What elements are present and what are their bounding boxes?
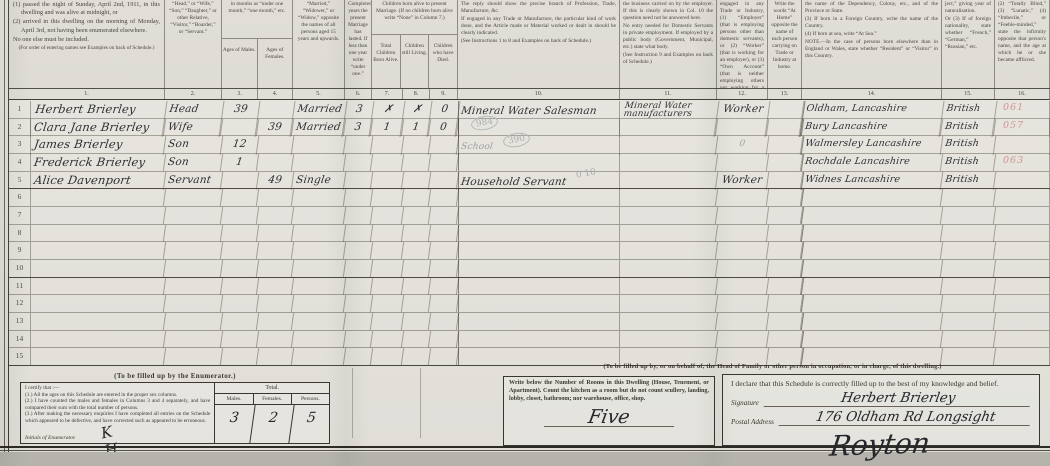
- table-row: 11: [9, 278, 1050, 296]
- cell-at-home: [767, 331, 803, 348]
- cell-name: [30, 242, 166, 259]
- cell-industry: [619, 136, 719, 155]
- cell-marriage: [292, 207, 346, 224]
- header-text: the business carried on by the employer.…: [623, 1, 713, 22]
- cell-at-home: [767, 242, 803, 259]
- table-row: 13: [9, 313, 1050, 331]
- header-text: (2) “Totally Blind,” (3) “Lunatic,” (4) …: [998, 1, 1046, 64]
- cell-at-home: [767, 295, 803, 312]
- cell-children-died: [429, 295, 459, 312]
- table-row: 2Clara Jane BrierleyWife39Married3110Bur…: [9, 119, 1050, 137]
- cell-years-married: [344, 242, 373, 259]
- cell-no: 7: [9, 207, 31, 224]
- cell-industry: [619, 154, 718, 171]
- header-text: “Head,” or “Wife,” “Son,” “Daughter,” or…: [168, 1, 218, 36]
- cell-nationality: [941, 207, 996, 224]
- column-number: 7.: [372, 89, 403, 99]
- cell-nationality: British: [941, 119, 996, 136]
- header-text: the name of the Dependency, Colony, etc.…: [805, 1, 938, 15]
- cell-industry: [619, 189, 718, 206]
- column-number: 11.: [620, 89, 717, 99]
- header-text: (See Instruction 9 and Examples on back …: [623, 52, 713, 66]
- cell-at-home: [767, 136, 804, 155]
- cell-age-m: [221, 189, 259, 206]
- cell-at-home: [767, 154, 803, 171]
- cell-birthplace: Widnes Lancashire: [801, 172, 944, 190]
- cell-red-code: 063: [995, 154, 1050, 171]
- cell-red-code: [995, 331, 1050, 348]
- header-text: in months as “under one month,” “one mon…: [222, 0, 292, 39]
- cell-industry: [619, 313, 718, 330]
- cell-at-home: [767, 207, 803, 224]
- persons-total-handwriting: 5: [289, 405, 332, 443]
- header-children-living: Children still Living.: [401, 35, 430, 88]
- cell-children-died: [429, 278, 459, 295]
- cell-red-code: [995, 260, 1050, 277]
- header-text: (3) If born in a Foreign Country, write …: [805, 16, 938, 30]
- cell-age-f: 39: [257, 119, 294, 136]
- header-text: in months as “under one month,” “one mon…: [225, 1, 289, 15]
- column-number: 9.: [430, 89, 458, 99]
- cell-children-born: [371, 136, 405, 155]
- cell-children-born: [371, 172, 405, 190]
- cell-industry: [619, 331, 718, 348]
- cell-age-f: [257, 136, 295, 155]
- address-label: Postal Address: [731, 418, 774, 426]
- column-number: 14.: [802, 89, 942, 99]
- cell-occupation: [458, 207, 620, 224]
- column-number: 13.: [768, 89, 802, 99]
- cell-children-living: [402, 278, 431, 295]
- cell-industry: [619, 260, 718, 277]
- table-row: 12: [9, 295, 1050, 313]
- cell-occupation: School390: [458, 136, 620, 155]
- table-row: 4Frederick BrierleySon1Rochdale Lancashi…: [9, 154, 1050, 172]
- cell-occupation: [458, 313, 620, 330]
- header-text: (See Instructions 1 to 8 and Examples on…: [461, 38, 616, 45]
- cell-no: 2: [9, 119, 31, 136]
- cell-at-home: [767, 189, 803, 206]
- divider-line: [420, 368, 421, 438]
- cell-red-code: [995, 313, 1050, 330]
- header-col-instructions: (1) passed the night of Sunday, April 2n…: [9, 0, 165, 88]
- cell-relationship: [164, 225, 223, 242]
- cell-years-married: [344, 348, 373, 365]
- cell-age-f: [257, 260, 294, 277]
- cell-red-code: [995, 172, 1050, 190]
- cell-marriage: [292, 278, 346, 295]
- cell-age-f: [257, 225, 294, 242]
- header-col-employer: engaged in any Trade or Industry, (1) “E…: [717, 0, 768, 88]
- cell-age-f: [257, 207, 294, 224]
- cell-occupation: [458, 295, 620, 312]
- header-col-birthplace: the name of the Dependency, Colony, etc.…: [802, 0, 942, 88]
- cell-age-m: [221, 313, 259, 330]
- cell-industry: [619, 172, 719, 190]
- cell-years-married: [344, 260, 373, 277]
- cell-marriage: [292, 136, 347, 155]
- cell-nationality: British: [941, 136, 997, 155]
- cell-children-died: [429, 225, 459, 242]
- cell-birthplace: [801, 295, 943, 312]
- header-text: Children born alive to present Marriage.…: [372, 0, 457, 35]
- header-ages-males: Ages of Males.: [222, 39, 258, 88]
- column-number: 3.: [222, 89, 258, 99]
- cell-nationality: [941, 313, 996, 330]
- cell-years-married: [344, 154, 373, 171]
- left-border-outer: [4, 0, 5, 452]
- cell-occupation: Household Servant0 10: [458, 172, 620, 190]
- header-col-relationship: “Head,” or “Wife,” “Son,” “Daughter,” or…: [165, 0, 222, 88]
- cell-red-code: [995, 242, 1050, 259]
- cell-name: [30, 225, 166, 242]
- cell-no: 8: [9, 225, 31, 242]
- header-text: Completed years the present Marriage has…: [348, 1, 368, 78]
- cell-red-code: [995, 207, 1050, 224]
- header-text: (1) passed the night of Sunday, April 2n…: [13, 1, 160, 17]
- persons-label: Persons.: [292, 394, 329, 404]
- cell-birthplace: [801, 313, 943, 330]
- cell-marriage: [292, 331, 346, 348]
- initials-row: Initials of Enumerator. K H: [25, 435, 76, 441]
- cell-children-born: [371, 207, 404, 224]
- cell-red-code: [995, 225, 1050, 242]
- cell-occupation: [458, 278, 620, 295]
- cell-employer: Worker: [716, 172, 770, 190]
- cell-children-living: [402, 313, 431, 330]
- column-number: 2.: [165, 89, 222, 99]
- divider-line: [352, 368, 353, 438]
- rooms-instructions: Write below the Number of Rooms in this …: [509, 380, 709, 404]
- header-col-nationality: ject,” giving year of naturalisation. Or…: [942, 0, 995, 88]
- column-number: 15.: [942, 89, 995, 99]
- header-col-industry: the business carried on by the employer.…: [620, 0, 717, 88]
- cell-children-born: [371, 225, 404, 242]
- cell-age-f: [257, 295, 294, 312]
- cell-name: [30, 313, 166, 330]
- cell-relationship: [164, 207, 223, 224]
- table-row: 9: [9, 242, 1050, 260]
- table-row: 5Alice DavenportServant49SingleHousehold…: [9, 172, 1050, 190]
- cell-employer: [716, 225, 769, 242]
- cell-employer: [716, 242, 769, 259]
- cell-no: 15: [9, 348, 31, 365]
- header-text: Children born alive to present Marriage.…: [375, 1, 454, 22]
- cell-employer: [716, 331, 769, 348]
- cell-name: [30, 348, 166, 365]
- header-text: ject,” giving year of naturalisation.: [945, 1, 991, 15]
- cell-children-died: [429, 313, 459, 330]
- cell-children-born: [371, 189, 404, 206]
- certify-item: (2.) I have counted the males and female…: [25, 398, 210, 411]
- cell-birthplace: [801, 331, 943, 348]
- cell-red-code: [995, 136, 1050, 155]
- header-text: Write the words “At Home” opposite the n…: [771, 1, 798, 71]
- cell-relationship: [164, 260, 223, 277]
- cell-at-home: [767, 313, 803, 330]
- cell-occupation: [458, 189, 620, 206]
- header-text: No entry needed for Domestic Servants in…: [623, 23, 713, 51]
- cell-age-f: 49: [257, 172, 295, 190]
- cell-nationality: [941, 331, 996, 348]
- cell-years-married: [344, 313, 373, 330]
- cell-industry: [619, 207, 718, 224]
- cell-no: 10: [9, 260, 31, 277]
- cell-name: Clara Jane Brierley: [30, 119, 166, 136]
- totals-header: Total.: [215, 383, 329, 394]
- cell-age-m: [221, 278, 259, 295]
- header-col-years-married: Completed years the present Marriage has…: [345, 0, 372, 88]
- cell-age-m: [221, 242, 259, 259]
- cell-name: [30, 295, 166, 312]
- cell-relationship: Servant: [164, 172, 224, 190]
- head-section-title: (To be filled up by, or on behalf of, th…: [505, 363, 1040, 370]
- cell-years-married: [344, 207, 373, 224]
- cell-birthplace: [801, 207, 943, 224]
- cell-name: Frederick Brierley: [30, 154, 166, 171]
- cell-nationality: [941, 295, 996, 312]
- cell-children-born: [371, 260, 404, 277]
- cell-children-born: [371, 154, 404, 171]
- cell-age-m: [221, 207, 259, 224]
- cell-marriage: [292, 313, 346, 330]
- cell-name: [30, 260, 166, 277]
- header-text: If engaged in any Trade or Manufacture, …: [461, 16, 616, 37]
- header-ages-females: Ages of Females.: [258, 39, 293, 88]
- cell-age-f: [257, 348, 294, 365]
- cell-relationship: Son: [164, 136, 224, 155]
- cell-age-m: [221, 225, 259, 242]
- cell-at-home: [767, 225, 803, 242]
- cell-occupation: [458, 225, 620, 242]
- table-row: 1Herbert BrierleyHead39Married3✗✗0Minera…: [9, 101, 1050, 119]
- cell-age-f: [257, 242, 294, 259]
- cell-employer: [716, 278, 769, 295]
- cell-years-married: [344, 225, 373, 242]
- cell-children-born: [371, 313, 404, 330]
- cell-marriage: [292, 295, 346, 312]
- cell-red-code: [995, 295, 1050, 312]
- header-children-subcolumns: Total Children Born Alive. Children stil…: [372, 35, 457, 88]
- cell-age-m: [221, 348, 259, 365]
- table-row: 6: [9, 189, 1050, 207]
- column-number: 4.: [258, 89, 293, 99]
- table-row: 10: [9, 260, 1050, 278]
- cell-children-born: [371, 331, 404, 348]
- cell-years-married: [344, 136, 374, 155]
- cell-nationality: [941, 189, 996, 206]
- cell-children-died: [429, 242, 459, 259]
- cell-age-f: [257, 278, 294, 295]
- initials-label: Initials of Enumerator.: [25, 435, 76, 441]
- cell-children-living: [402, 260, 431, 277]
- cell-children-living: [402, 172, 432, 190]
- cell-children-living: [402, 331, 431, 348]
- cell-birthplace: [801, 242, 943, 259]
- column-number-strip: 1.2.3.4.5.6.7.8.9.10.11.12.13.14.15.16.: [9, 88, 1050, 100]
- header-text: (For order of entering names see Example…: [13, 45, 160, 52]
- header-col-infirmity: (2) “Totally Blind,” (3) “Lunatic,” (4) …: [995, 0, 1050, 88]
- table-body: 1Herbert BrierleyHead39Married3✗✗0Minera…: [9, 101, 1050, 366]
- cell-age-m: [221, 260, 259, 277]
- census-schedule-scan: (1) passed the night of Sunday, April 2n…: [0, 0, 1050, 466]
- header-col-occupation: The reply should show the precise branch…: [458, 0, 620, 88]
- cell-marriage: [292, 154, 346, 171]
- cell-nationality: British: [941, 172, 997, 190]
- cell-children-born: [371, 348, 404, 365]
- header-text: “Married,” “Widower,” or “Widow,” opposi…: [296, 1, 341, 43]
- cell-occupation: [458, 154, 620, 171]
- cell-nationality: [941, 278, 996, 295]
- column-number: 16.: [995, 89, 1050, 99]
- table-row: 8: [9, 225, 1050, 243]
- header-text: The reply should show the precise branch…: [461, 1, 616, 15]
- header-col-children-group: Children born alive to present Marriage.…: [372, 0, 458, 88]
- cell-birthplace: [801, 260, 943, 277]
- header-text: engaged in any Trade or Industry, (1) “E…: [720, 1, 764, 88]
- cell-marriage: Married: [292, 119, 346, 136]
- cell-children-living: [402, 189, 431, 206]
- occupation-handwriting: School: [460, 139, 494, 155]
- cell-employer: [716, 313, 769, 330]
- header-col-ages-group: in months as “under one month,” “one mon…: [222, 0, 293, 88]
- cell-no: 9: [9, 242, 31, 259]
- cell-employer: [716, 119, 769, 136]
- cell-relationship: [164, 313, 223, 330]
- cell-age-m: 1: [221, 154, 259, 171]
- cell-no: 12: [9, 295, 31, 312]
- header-text: (4) If born at sea, write “At Sea.”: [805, 31, 938, 38]
- males-label: Males.: [215, 394, 253, 404]
- certify-item: (3.) After making the necessary enquirie…: [25, 411, 210, 424]
- cell-marriage: [292, 189, 346, 206]
- cell-children-born: [371, 278, 404, 295]
- cell-relationship: [164, 295, 223, 312]
- cell-children-living: [402, 295, 431, 312]
- signature-row: Signature Herbert Brierley: [731, 391, 1031, 407]
- enumerator-box: I certify that :— (1.) All the ages on t…: [20, 382, 330, 444]
- cell-employer: [716, 260, 769, 277]
- cell-children-living: [402, 154, 431, 171]
- column-number: 8.: [403, 89, 430, 99]
- cell-birthplace: Rochdale Lancashire: [801, 154, 943, 171]
- header-text: (2) arrived in this dwelling on the morn…: [13, 18, 160, 34]
- cell-occupation: [458, 119, 620, 136]
- enumerator-certification: I certify that :— (1.) All the ages on t…: [21, 383, 214, 443]
- cell-children-living: [402, 207, 431, 224]
- cell-employer: [716, 295, 769, 312]
- cell-name: [30, 331, 166, 348]
- table-header: (1) passed the night of Sunday, April 2n…: [9, 0, 1050, 88]
- column-number: 6.: [345, 89, 372, 99]
- cell-marriage: [292, 225, 346, 242]
- cell-children-born: 1: [371, 119, 404, 136]
- cell-children-died: [429, 331, 459, 348]
- cell-occupation: [458, 331, 620, 348]
- cell-employer: [716, 207, 769, 224]
- cell-marriage: [292, 260, 346, 277]
- column-number: 12.: [717, 89, 768, 99]
- header-children-born: Total Children Born Alive.: [372, 35, 401, 88]
- column-number: 5.: [293, 89, 345, 99]
- column-number: 10.: [458, 89, 620, 99]
- occupation-handwriting: Household Servant: [460, 174, 568, 190]
- cell-birthplace: Walmersley Lancashire: [801, 136, 944, 155]
- cell-at-home: [767, 260, 803, 277]
- declaration-text: I declare that this Schedule is correctl…: [731, 379, 1031, 388]
- cell-name: [30, 207, 166, 224]
- cell-no: 13: [9, 313, 31, 330]
- cell-relationship: [164, 242, 223, 259]
- females-label: Females.: [254, 394, 292, 404]
- table-row: 14: [9, 331, 1050, 349]
- signature-label: Signature: [731, 399, 759, 407]
- cell-at-home: [767, 172, 804, 190]
- cell-occupation: [458, 242, 620, 259]
- cell-relationship: [164, 278, 223, 295]
- cell-relationship: [164, 331, 223, 348]
- cell-children-died: [429, 136, 460, 155]
- cell-marriage: [292, 348, 346, 365]
- cell-relationship: [164, 189, 223, 206]
- cell-age-m: [221, 331, 259, 348]
- cell-years-married: [344, 172, 374, 190]
- certify-lead: I certify that :—: [25, 385, 210, 392]
- cell-nationality: [941, 242, 996, 259]
- cell-children-died: [429, 207, 459, 224]
- header-text: No one else must be included.: [13, 36, 160, 44]
- cell-years-married: [344, 295, 373, 312]
- header-text: NOTE.—In the case of persons born elsewh…: [805, 39, 938, 60]
- cell-relationship: [164, 348, 223, 365]
- signature-handwriting: Herbert Brierley: [763, 391, 1032, 407]
- cell-nationality: [941, 260, 996, 277]
- table-row: 7: [9, 207, 1050, 225]
- header-children-died: Children who have Died.: [429, 35, 457, 88]
- cell-no: 5: [9, 172, 31, 190]
- cell-age-m: [221, 119, 259, 136]
- cell-at-home: [767, 278, 803, 295]
- cell-age-f: [257, 313, 294, 330]
- cell-children-died: [429, 172, 460, 190]
- rooms-count-handwriting: Five: [507, 406, 711, 428]
- cell-children-died: 0: [429, 119, 459, 136]
- cell-children-born: [371, 242, 404, 259]
- cell-birthplace: [801, 189, 943, 206]
- cell-children-living: [402, 225, 431, 242]
- cell-children-born: [371, 295, 404, 312]
- cell-relationship: Son: [164, 154, 223, 171]
- column-number: 1.: [9, 89, 165, 99]
- cell-age-m: 12: [221, 136, 260, 155]
- cell-age-f: [257, 331, 294, 348]
- cell-children-living: [402, 348, 431, 365]
- cell-red-code: 057: [995, 119, 1050, 136]
- totals-table: Total. Males. Females. Persons. 3 2 5: [214, 383, 329, 443]
- cell-marriage: [292, 242, 346, 259]
- header-col-marriage: “Married,” “Widower,” or “Widow,” opposi…: [293, 0, 345, 88]
- cell-years-married: 3: [344, 119, 373, 136]
- cell-age-m: [221, 295, 259, 312]
- cell-children-died: [429, 348, 459, 365]
- cell-birthplace: [801, 225, 943, 242]
- males-total-handwriting: 3: [213, 405, 257, 443]
- cell-nationality: British: [941, 154, 996, 171]
- cell-no: 11: [9, 278, 31, 295]
- cell-children-died: [429, 260, 459, 277]
- cell-nationality: [941, 225, 996, 242]
- cell-children-died: [429, 189, 459, 206]
